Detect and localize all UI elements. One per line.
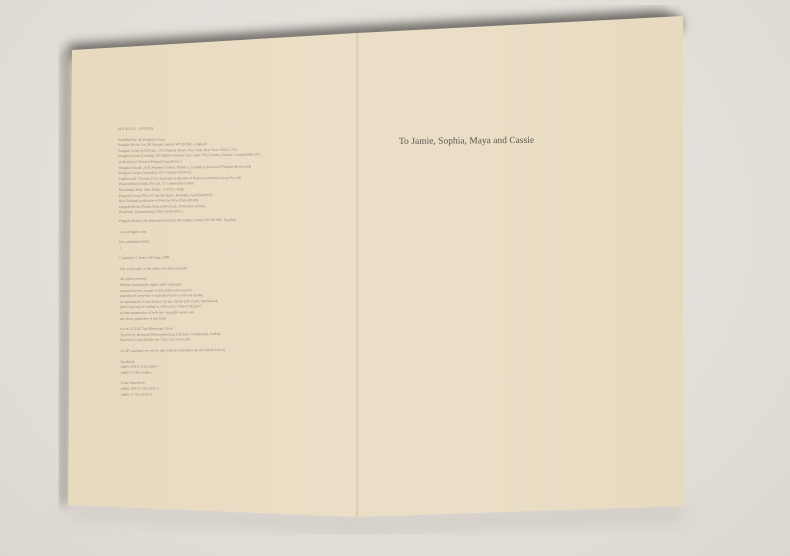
dedication-text: To Jamie, Sophia, Maya and Cassie	[399, 136, 534, 147]
book-spine	[355, 33, 359, 517]
copyright-block: MICHAEL JOSEPH Published by the Penguin …	[118, 125, 321, 398]
